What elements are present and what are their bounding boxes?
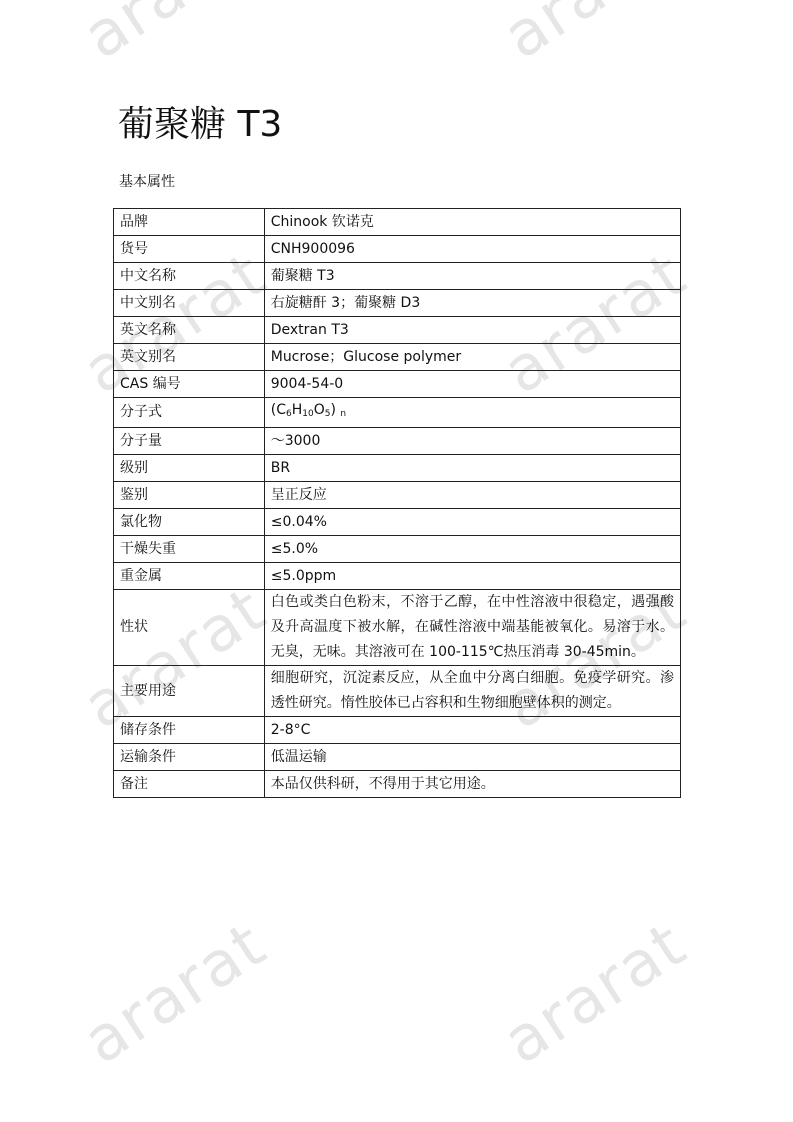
watermark: ararat: [70, 0, 279, 73]
table-row: 分子量～3000: [114, 428, 681, 455]
table-row: 运输条件低温运输: [114, 744, 681, 771]
property-key: 鉴别: [114, 482, 265, 509]
page-title: 葡聚糖 T3: [118, 103, 282, 147]
property-value: 白色或类白色粉末，不溶于乙醇，在中性溶液中很稳定，遇强酸及升高温度下被水解，在碱…: [264, 590, 680, 666]
property-value: Mucrose；Glucose polymer: [264, 344, 680, 371]
table-row: 英文名称Dextran T3: [114, 317, 681, 344]
table-row: 储存条件2-8°C: [114, 717, 681, 744]
property-key: 分子式: [114, 398, 265, 428]
property-value: ～3000: [264, 428, 680, 455]
section-heading: 基本属性: [119, 172, 175, 192]
table-row: 氯化物≤0.04%: [114, 509, 681, 536]
table-row: 中文名称葡聚糖 T3: [114, 263, 681, 290]
property-key: 性状: [114, 590, 265, 666]
table-row: 分子式(C6H10O5) n: [114, 398, 681, 428]
molecular-formula: (C6H10O5) n: [264, 398, 680, 428]
property-key: 主要用途: [114, 666, 265, 717]
property-value: 2-8°C: [264, 717, 680, 744]
property-key: 氯化物: [114, 509, 265, 536]
property-key: 干燥失重: [114, 536, 265, 563]
property-key: 备注: [114, 771, 265, 798]
property-value: 右旋糖酐 3；葡聚糖 D3: [264, 290, 680, 317]
property-value: 低温运输: [264, 744, 680, 771]
property-key: 重金属: [114, 563, 265, 590]
table-row: 鉴别呈正反应: [114, 482, 681, 509]
watermark: ararat: [490, 0, 699, 73]
property-key: 储存条件: [114, 717, 265, 744]
property-key: 级别: [114, 455, 265, 482]
property-value: ≤0.04%: [264, 509, 680, 536]
property-key: 中文名称: [114, 263, 265, 290]
property-value: 本品仅供科研，不得用于其它用途。: [264, 771, 680, 798]
table-row: 备注本品仅供科研，不得用于其它用途。: [114, 771, 681, 798]
property-value: Dextran T3: [264, 317, 680, 344]
table-row: 级别BR: [114, 455, 681, 482]
property-value: 呈正反应: [264, 482, 680, 509]
property-key: 运输条件: [114, 744, 265, 771]
property-key: 中文别名: [114, 290, 265, 317]
property-value: 细胞研究，沉淀素反应，从全血中分离白细胞。免疫学研究。渗透性研究。惰性胶体已占容…: [264, 666, 680, 717]
property-key: 英文名称: [114, 317, 265, 344]
property-key: CAS 编号: [114, 371, 265, 398]
property-value: 9004-54-0: [264, 371, 680, 398]
watermark: ararat: [70, 907, 279, 1078]
properties-table: 品牌Chinook 钦诺克 货号CNH900096 中文名称葡聚糖 T3 中文别…: [113, 208, 681, 798]
property-key: 货号: [114, 236, 265, 263]
property-value: ≤5.0ppm: [264, 563, 680, 590]
table-row: 重金属≤5.0ppm: [114, 563, 681, 590]
property-value: BR: [264, 455, 680, 482]
property-key: 英文别名: [114, 344, 265, 371]
property-value: CNH900096: [264, 236, 680, 263]
property-key: 分子量: [114, 428, 265, 455]
table-row: 货号CNH900096: [114, 236, 681, 263]
table-row: 干燥失重≤5.0%: [114, 536, 681, 563]
table-row: CAS 编号9004-54-0: [114, 371, 681, 398]
table-row: 英文别名Mucrose；Glucose polymer: [114, 344, 681, 371]
property-value: ≤5.0%: [264, 536, 680, 563]
table-row: 主要用途细胞研究，沉淀素反应，从全血中分离白细胞。免疫学研究。渗透性研究。惰性胶…: [114, 666, 681, 717]
table-row: 性状白色或类白色粉末，不溶于乙醇，在中性溶液中很稳定，遇强酸及升高温度下被水解，…: [114, 590, 681, 666]
table-row: 品牌Chinook 钦诺克: [114, 209, 681, 236]
property-value: 葡聚糖 T3: [264, 263, 680, 290]
property-key: 品牌: [114, 209, 265, 236]
watermark: ararat: [490, 907, 699, 1078]
table-row: 中文别名右旋糖酐 3；葡聚糖 D3: [114, 290, 681, 317]
property-value: Chinook 钦诺克: [264, 209, 680, 236]
